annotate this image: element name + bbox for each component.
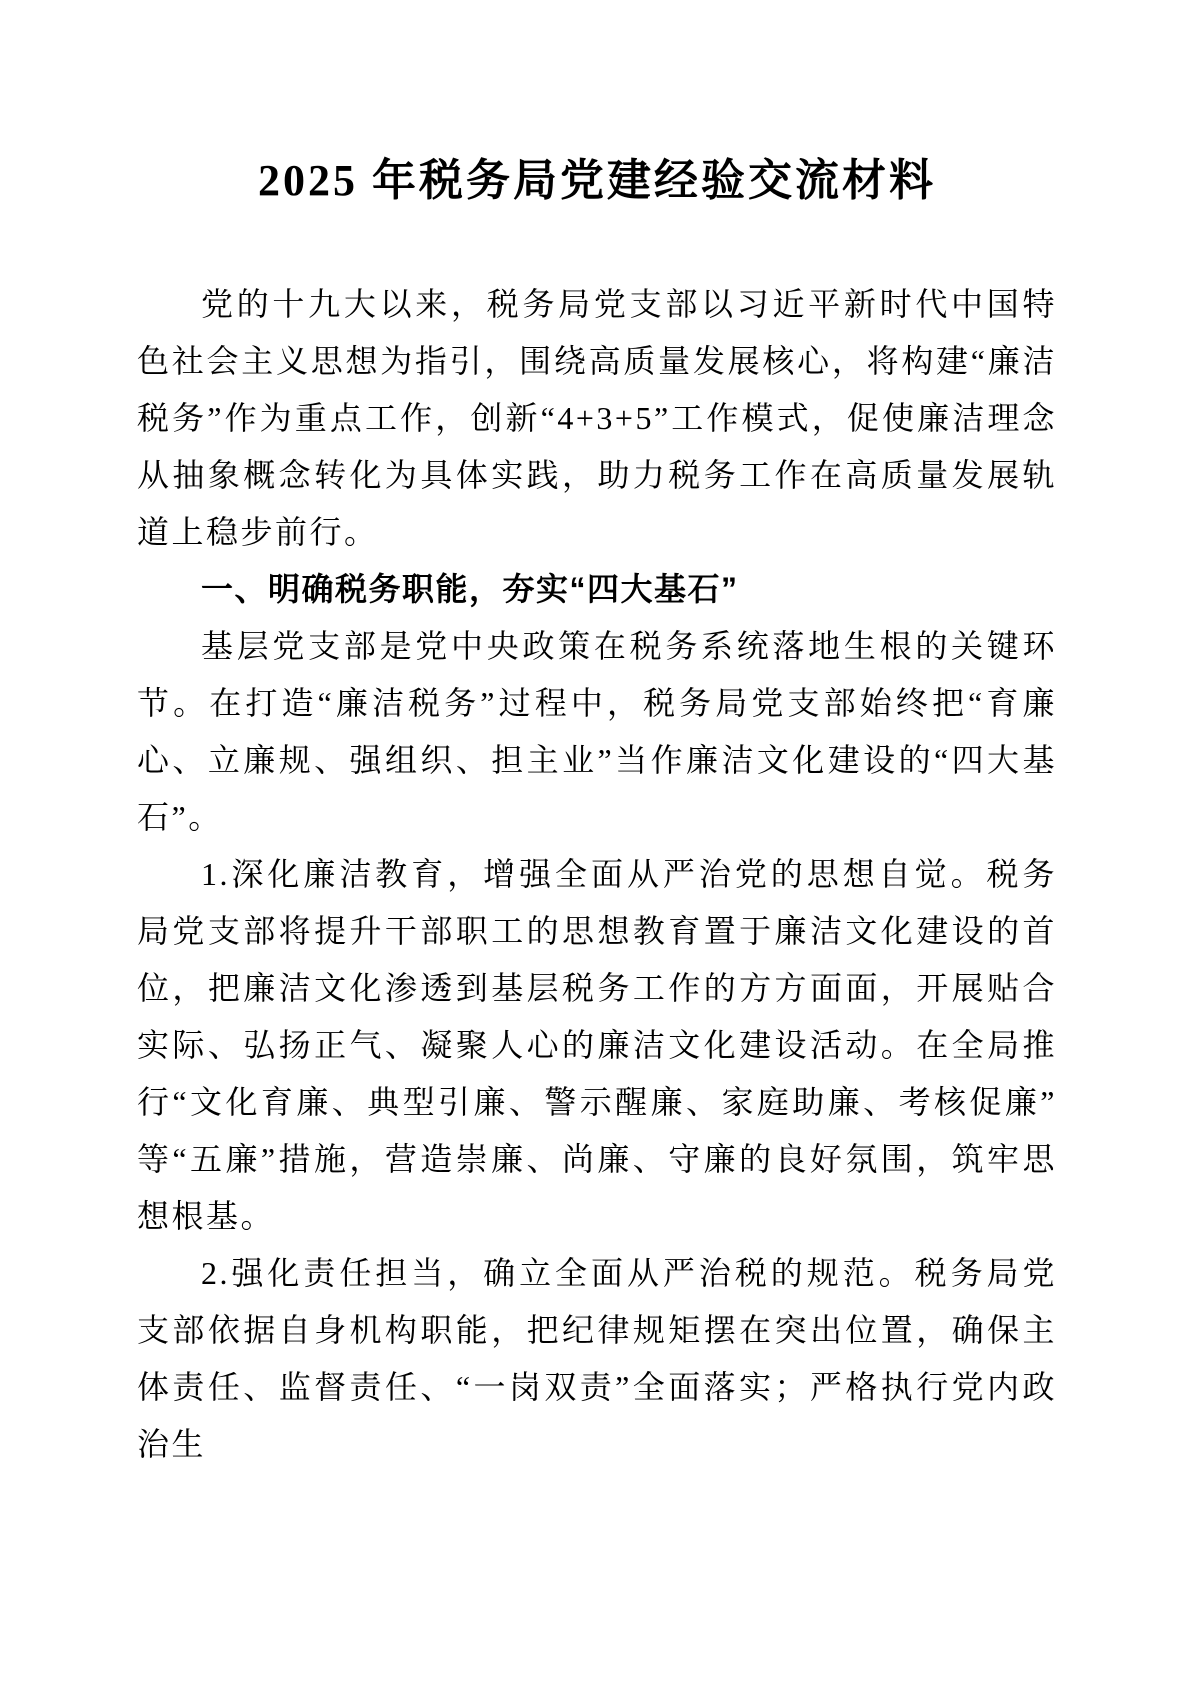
paragraph-intro: 党的十九大以来，税务局党支部以习近平新时代中国特色社会主义思想为指引，围绕高质量… [137,276,1057,561]
document-content: 2025 年税务局党建经验交流材料 党的十九大以来，税务局党支部以习近平新时代中… [0,0,1190,1473]
paragraph-point-1: 1.深化廉洁教育，增强全面从严治党的思想自觉。税务局党支部将提升干部职工的思想教… [137,846,1057,1245]
section-heading-1: 一、明确税务职能，夯实“四大基石” [137,561,1057,618]
paragraph-section1-intro: 基层党支部是党中央政策在税务系统落地生根的关键环节。在打造“廉洁税务”过程中，税… [137,618,1057,846]
document-title: 2025 年税务局党建经验交流材料 [137,150,1057,212]
paragraph-point-2: 2.强化责任担当，确立全面从严治税的规范。税务局党支部依据自身机构职能，把纪律规… [137,1245,1057,1473]
document-page: 2025 年税务局党建经验交流材料 党的十九大以来，税务局党支部以习近平新时代中… [0,0,1190,1683]
